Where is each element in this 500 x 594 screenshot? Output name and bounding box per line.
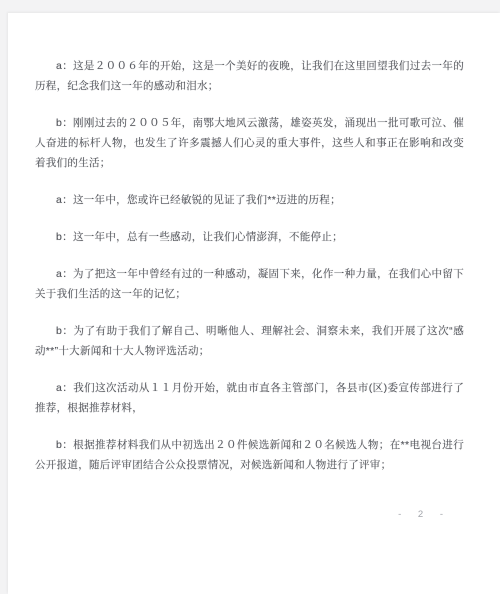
paragraph: b：为了有助于我们了解自己、明晰他人、理解社会、洞察未来，我们开展了这次“感动*… <box>35 321 464 361</box>
paragraph: b：刚刚过去的２００５年，南鄂大地风云激荡，雄姿英发，涌现出一批可歌可泣、催人奋… <box>35 113 464 173</box>
paragraph: a：这一年中，您或许已经敏锐的见证了我们**迈进的历程； <box>35 190 464 210</box>
paragraph: a：我们这次活动从１１月份开始，就由市直各主管部门，各县市(区)委宣传部进行了推… <box>35 378 464 418</box>
page-content: a：这是２００６年的开始，这是一个美好的夜晚，让我们在这里回望我们过去一年的历程… <box>8 13 500 520</box>
paragraph: a：这是２００６年的开始，这是一个美好的夜晚，让我们在这里回望我们过去一年的历程… <box>35 56 464 96</box>
document-page: a：这是２００６年的开始，这是一个美好的夜晚，让我们在这里回望我们过去一年的历程… <box>8 13 500 594</box>
paragraph: b：根据推荐材料我们从中初选出２０件候选新闻和２０名候选人物；在**电视台进行公… <box>35 435 464 475</box>
page-number: - 2 - <box>35 509 464 520</box>
paragraph: a：为了把这一年中曾经有过的一种感动，凝固下来，化作一种力量，在我们心中留下关于… <box>35 264 464 304</box>
paragraph: b：这一年中，总有一些感动，让我们心情澎湃，不能停止； <box>35 227 464 247</box>
